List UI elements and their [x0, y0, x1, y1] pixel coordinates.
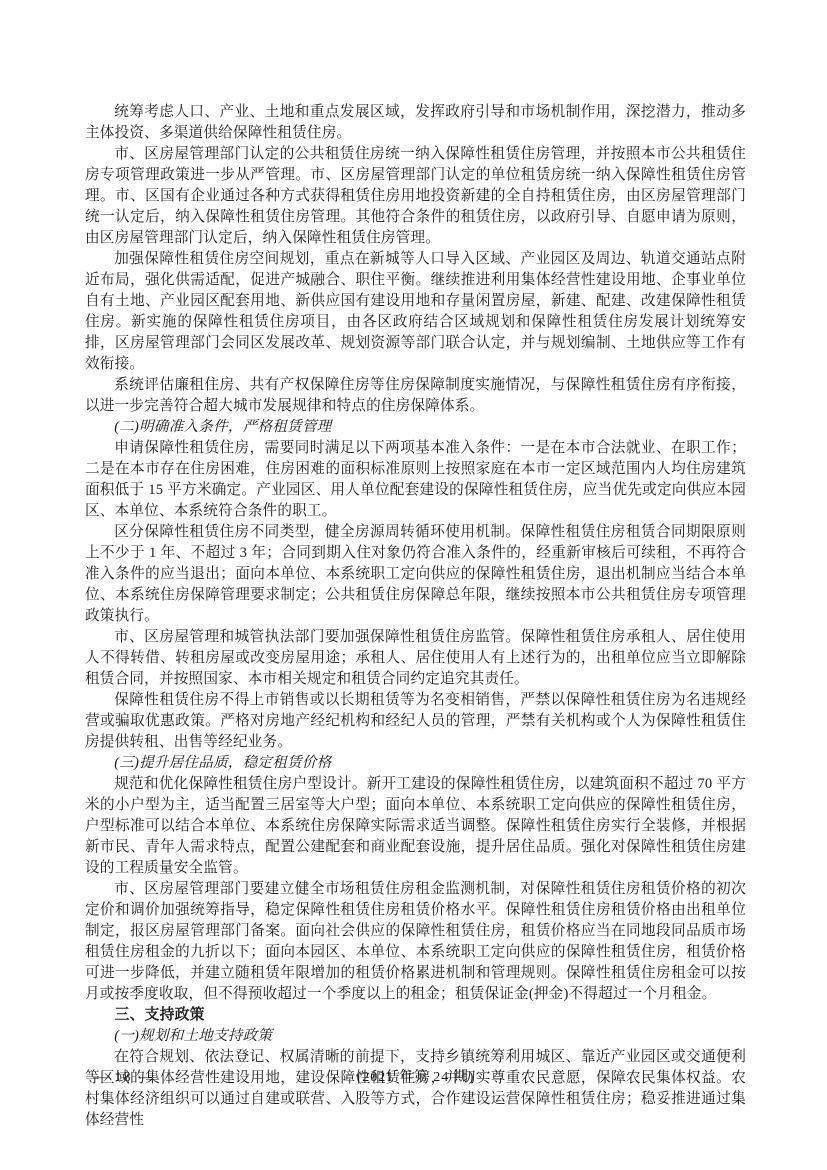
section-heading: 三、支持政策 [85, 1005, 746, 1026]
issue-label: (2021 年第 24 期) [85, 1067, 746, 1088]
body-paragraph: 市、区房屋管理部门认定的公共租赁住房统一纳入保障性租赁住房管理，并按照本市公共租… [85, 144, 746, 249]
page-number: — 18 — [93, 1067, 154, 1088]
body-paragraph: 区分保障性租赁住房不同类型，健全房源周转循环使用机制。保障性租赁住房租赁合同期限… [85, 522, 746, 627]
body-paragraph: 规范和优化保障性租赁住房户型设计。新开工建设的保障性租赁住房，以建筑面积不超过 … [85, 774, 746, 879]
subsection-heading: (三)提升居住品质，稳定租赁价格 [85, 753, 746, 774]
document-page: 统筹考虑人口、产业、土地和重点发展区域，发挥政府引导和市场机制作用，深挖潜力，推… [0, 0, 827, 1170]
page-footer: — 18 — (2021 年第 24 期) [85, 1067, 746, 1088]
body-paragraph: 加强保障性租赁住房空间规划，重点在新城等人口导入区域、产业园区及周边、轨道交通站… [85, 249, 746, 375]
body-paragraph: 在符合规划、依法登记、权属清晰的前提下，支持乡镇统筹利用城区、靠近产业园区或交通… [85, 1047, 746, 1131]
body-paragraph: 市、区房屋管理部门要建立健全市场租赁住房租金监测机制，对保障性租赁住房租赁价格的… [85, 879, 746, 1005]
body-paragraph: 市、区房屋管理和城管执法部门要加强保障性租赁住房监管。保障性租赁住房承租人、居住… [85, 627, 746, 690]
document-body: 统筹考虑人口、产业、土地和重点发展区域，发挥政府引导和市场机制作用，深挖潜力，推… [85, 102, 746, 1131]
body-paragraph: 统筹考虑人口、产业、土地和重点发展区域，发挥政府引导和市场机制作用，深挖潜力，推… [85, 102, 746, 144]
body-paragraph: 系统评估廉租住房、共有产权保障住房等住房保障制度实施情况，与保障性租赁住房有序衔… [85, 375, 746, 417]
body-paragraph: 保障性租赁住房不得上市销售或以长期租赁等为名变相销售，严禁以保障性租赁住房为名违… [85, 690, 746, 753]
subsection-heading: (二)明确准入条件，严格租赁管理 [85, 417, 746, 438]
body-paragraph: 申请保障性租赁住房，需要同时满足以下两项基本准入条件：一是在本市合法就业、在职工… [85, 438, 746, 522]
subsection-heading: (一)规划和土地支持政策 [85, 1026, 746, 1047]
